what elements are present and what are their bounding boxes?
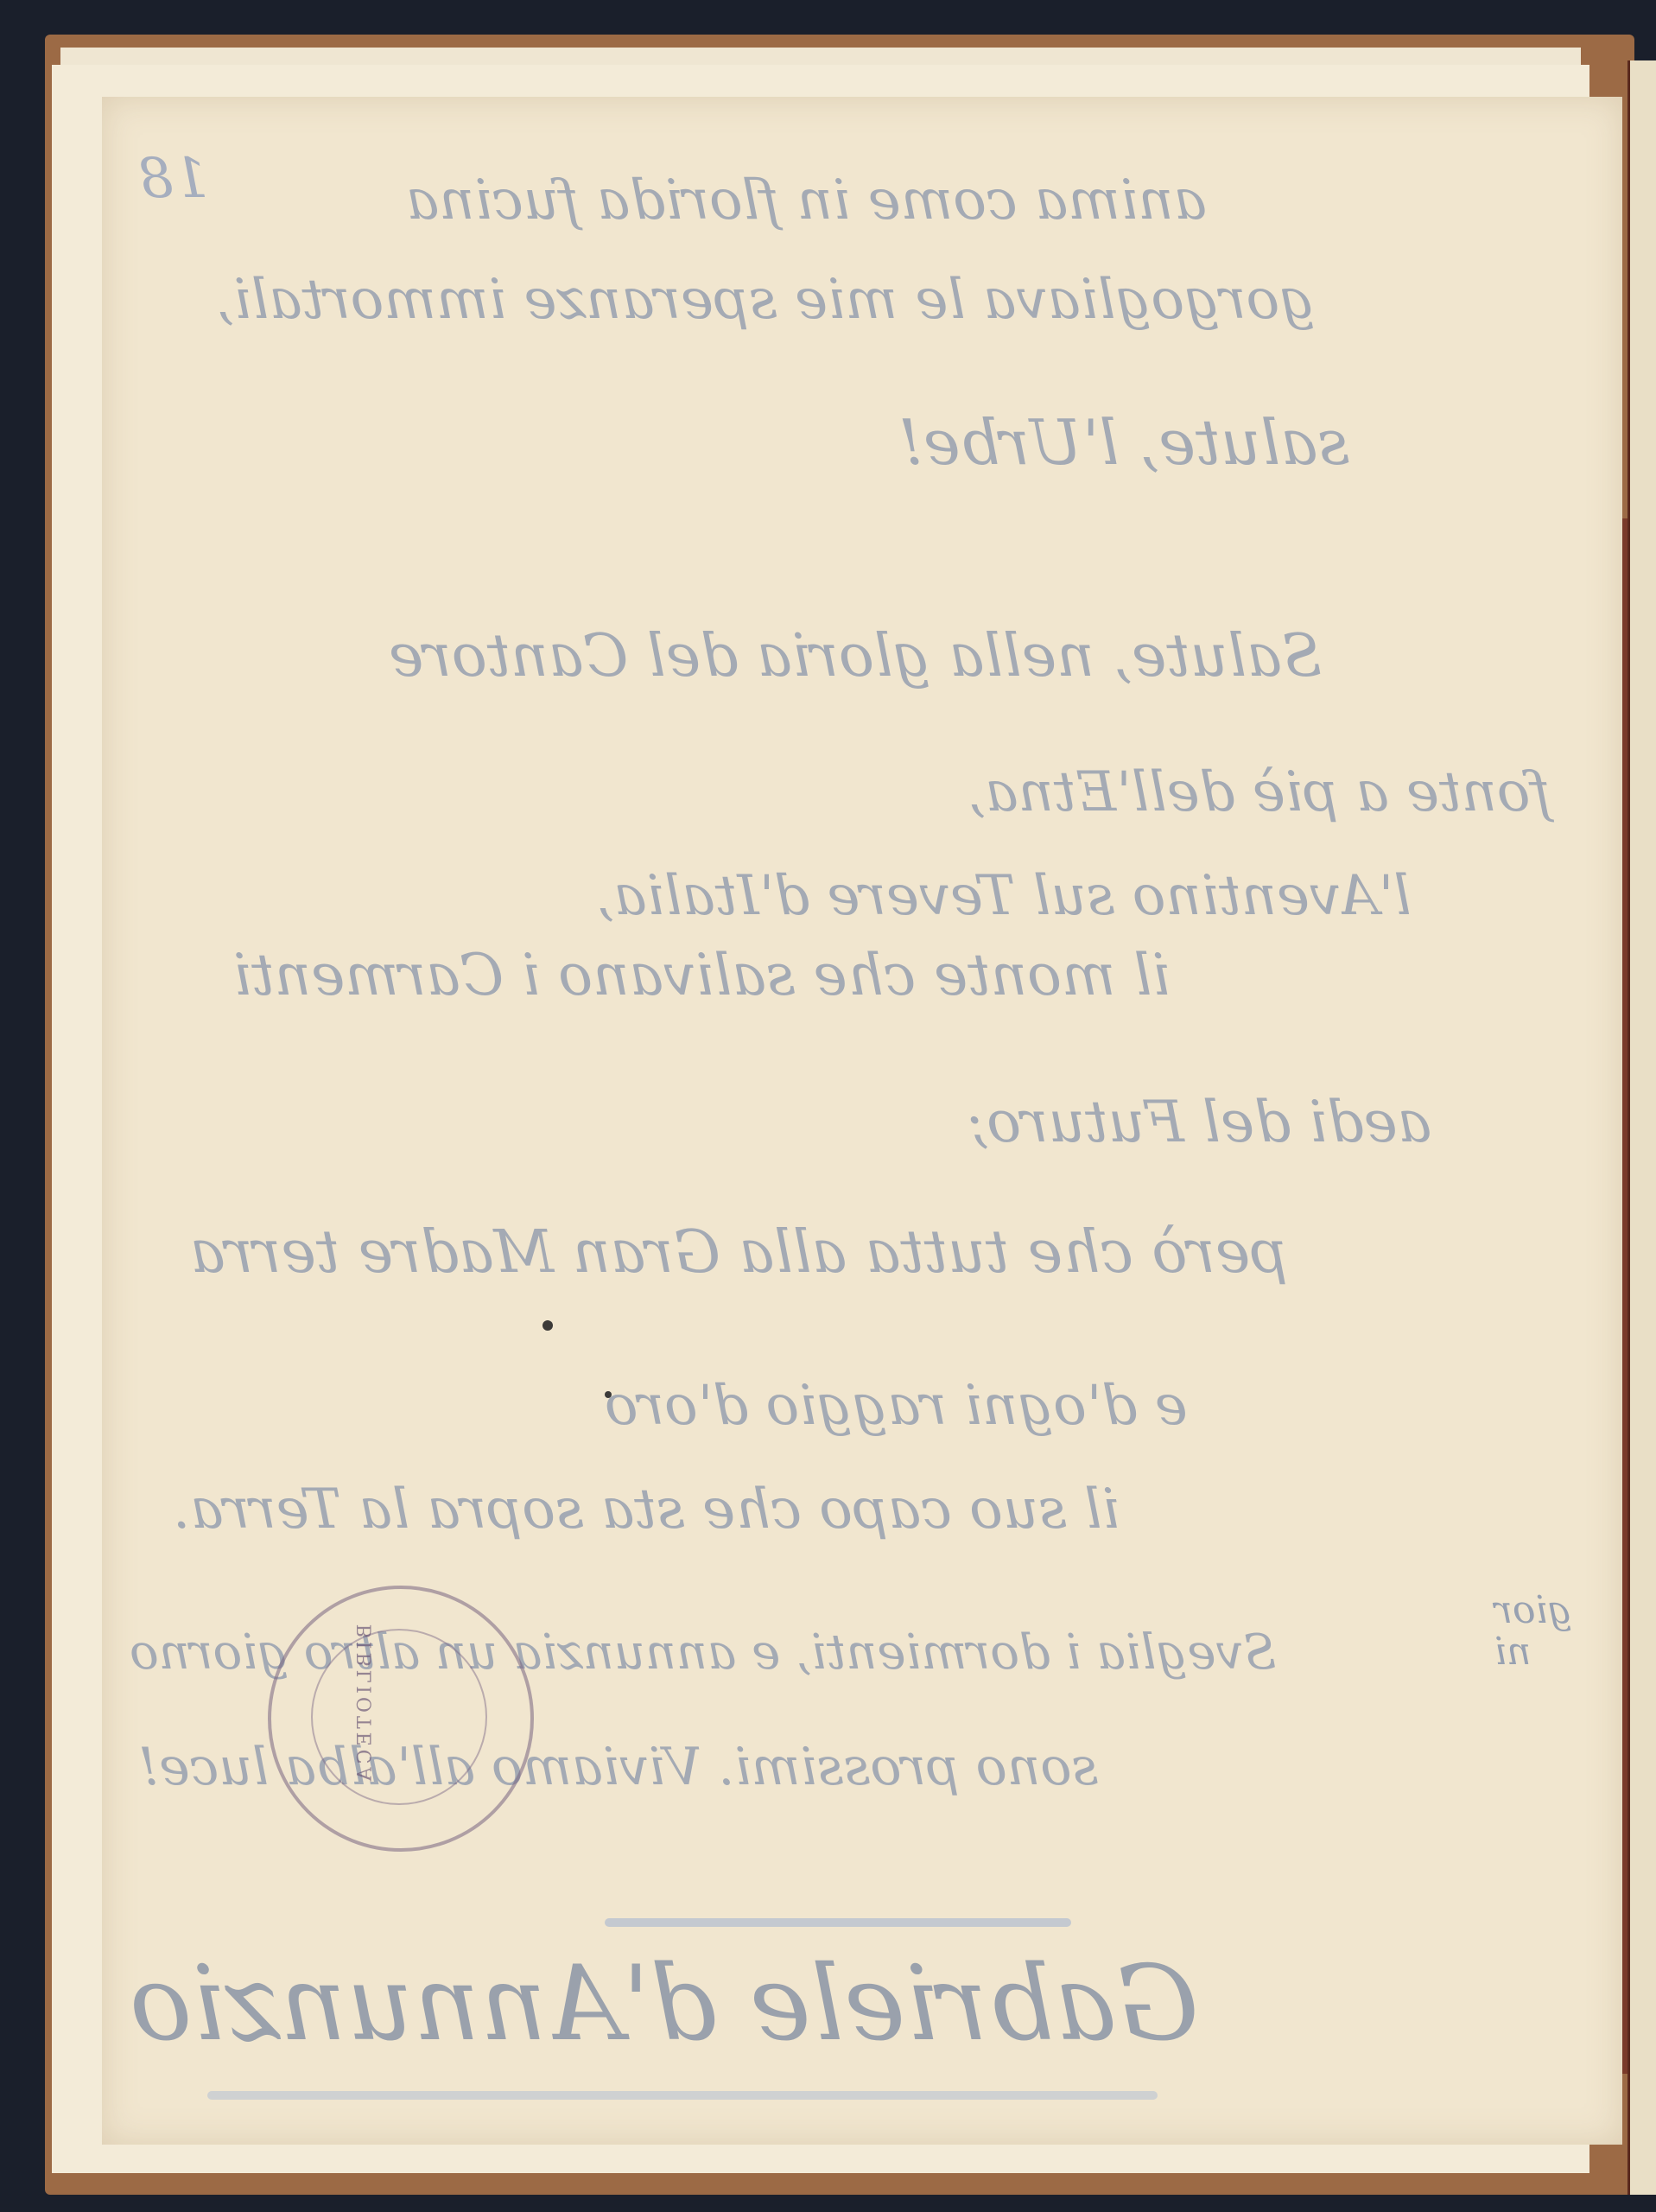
- ink-spot: [605, 1391, 612, 1398]
- text-line: anima come in florida fucina: [406, 168, 1207, 232]
- ink-spot: [542, 1320, 553, 1331]
- text-line: salute, l'Urbe!: [898, 406, 1349, 479]
- signature: Gabriele d'Annunzio: [130, 1944, 1199, 2064]
- folio-number: 18: [138, 147, 208, 211]
- margin-note-line: gior: [1494, 1590, 1572, 1631]
- text-line: il monte che salivano i Carmenti: [233, 942, 1171, 1008]
- divider-rule: [605, 1918, 1071, 1927]
- text-line: però che tutta alla Gran Madre terra: [190, 1218, 1288, 1287]
- signature-underline: [207, 2091, 1158, 2100]
- text-line: l'Aventino sul Tevere d'Italia,: [596, 864, 1412, 928]
- library-stamp-text: BIBLIOTECA: [354, 1624, 376, 1785]
- text-line: e d'ogni raggio d'oro: [605, 1374, 1188, 1438]
- margin-note: gior ni: [1494, 1590, 1572, 1673]
- text-line: fonte a piè dell'Etna,: [968, 760, 1551, 824]
- margin-note-line: ni: [1494, 1631, 1572, 1673]
- text-line: il suo capo che sta sopra la Terra.: [173, 1478, 1120, 1541]
- text-line: Salute, nella gloria del Cantore: [389, 622, 1322, 690]
- text-line: gorgogliava le mie speranze immortali,: [216, 268, 1315, 332]
- library-stamp: [268, 1586, 534, 1852]
- manuscript-text: 18 anima come in florida fucina gorgogli…: [0, 0, 1656, 2212]
- text-line: aedi del Futuro;: [968, 1089, 1431, 1155]
